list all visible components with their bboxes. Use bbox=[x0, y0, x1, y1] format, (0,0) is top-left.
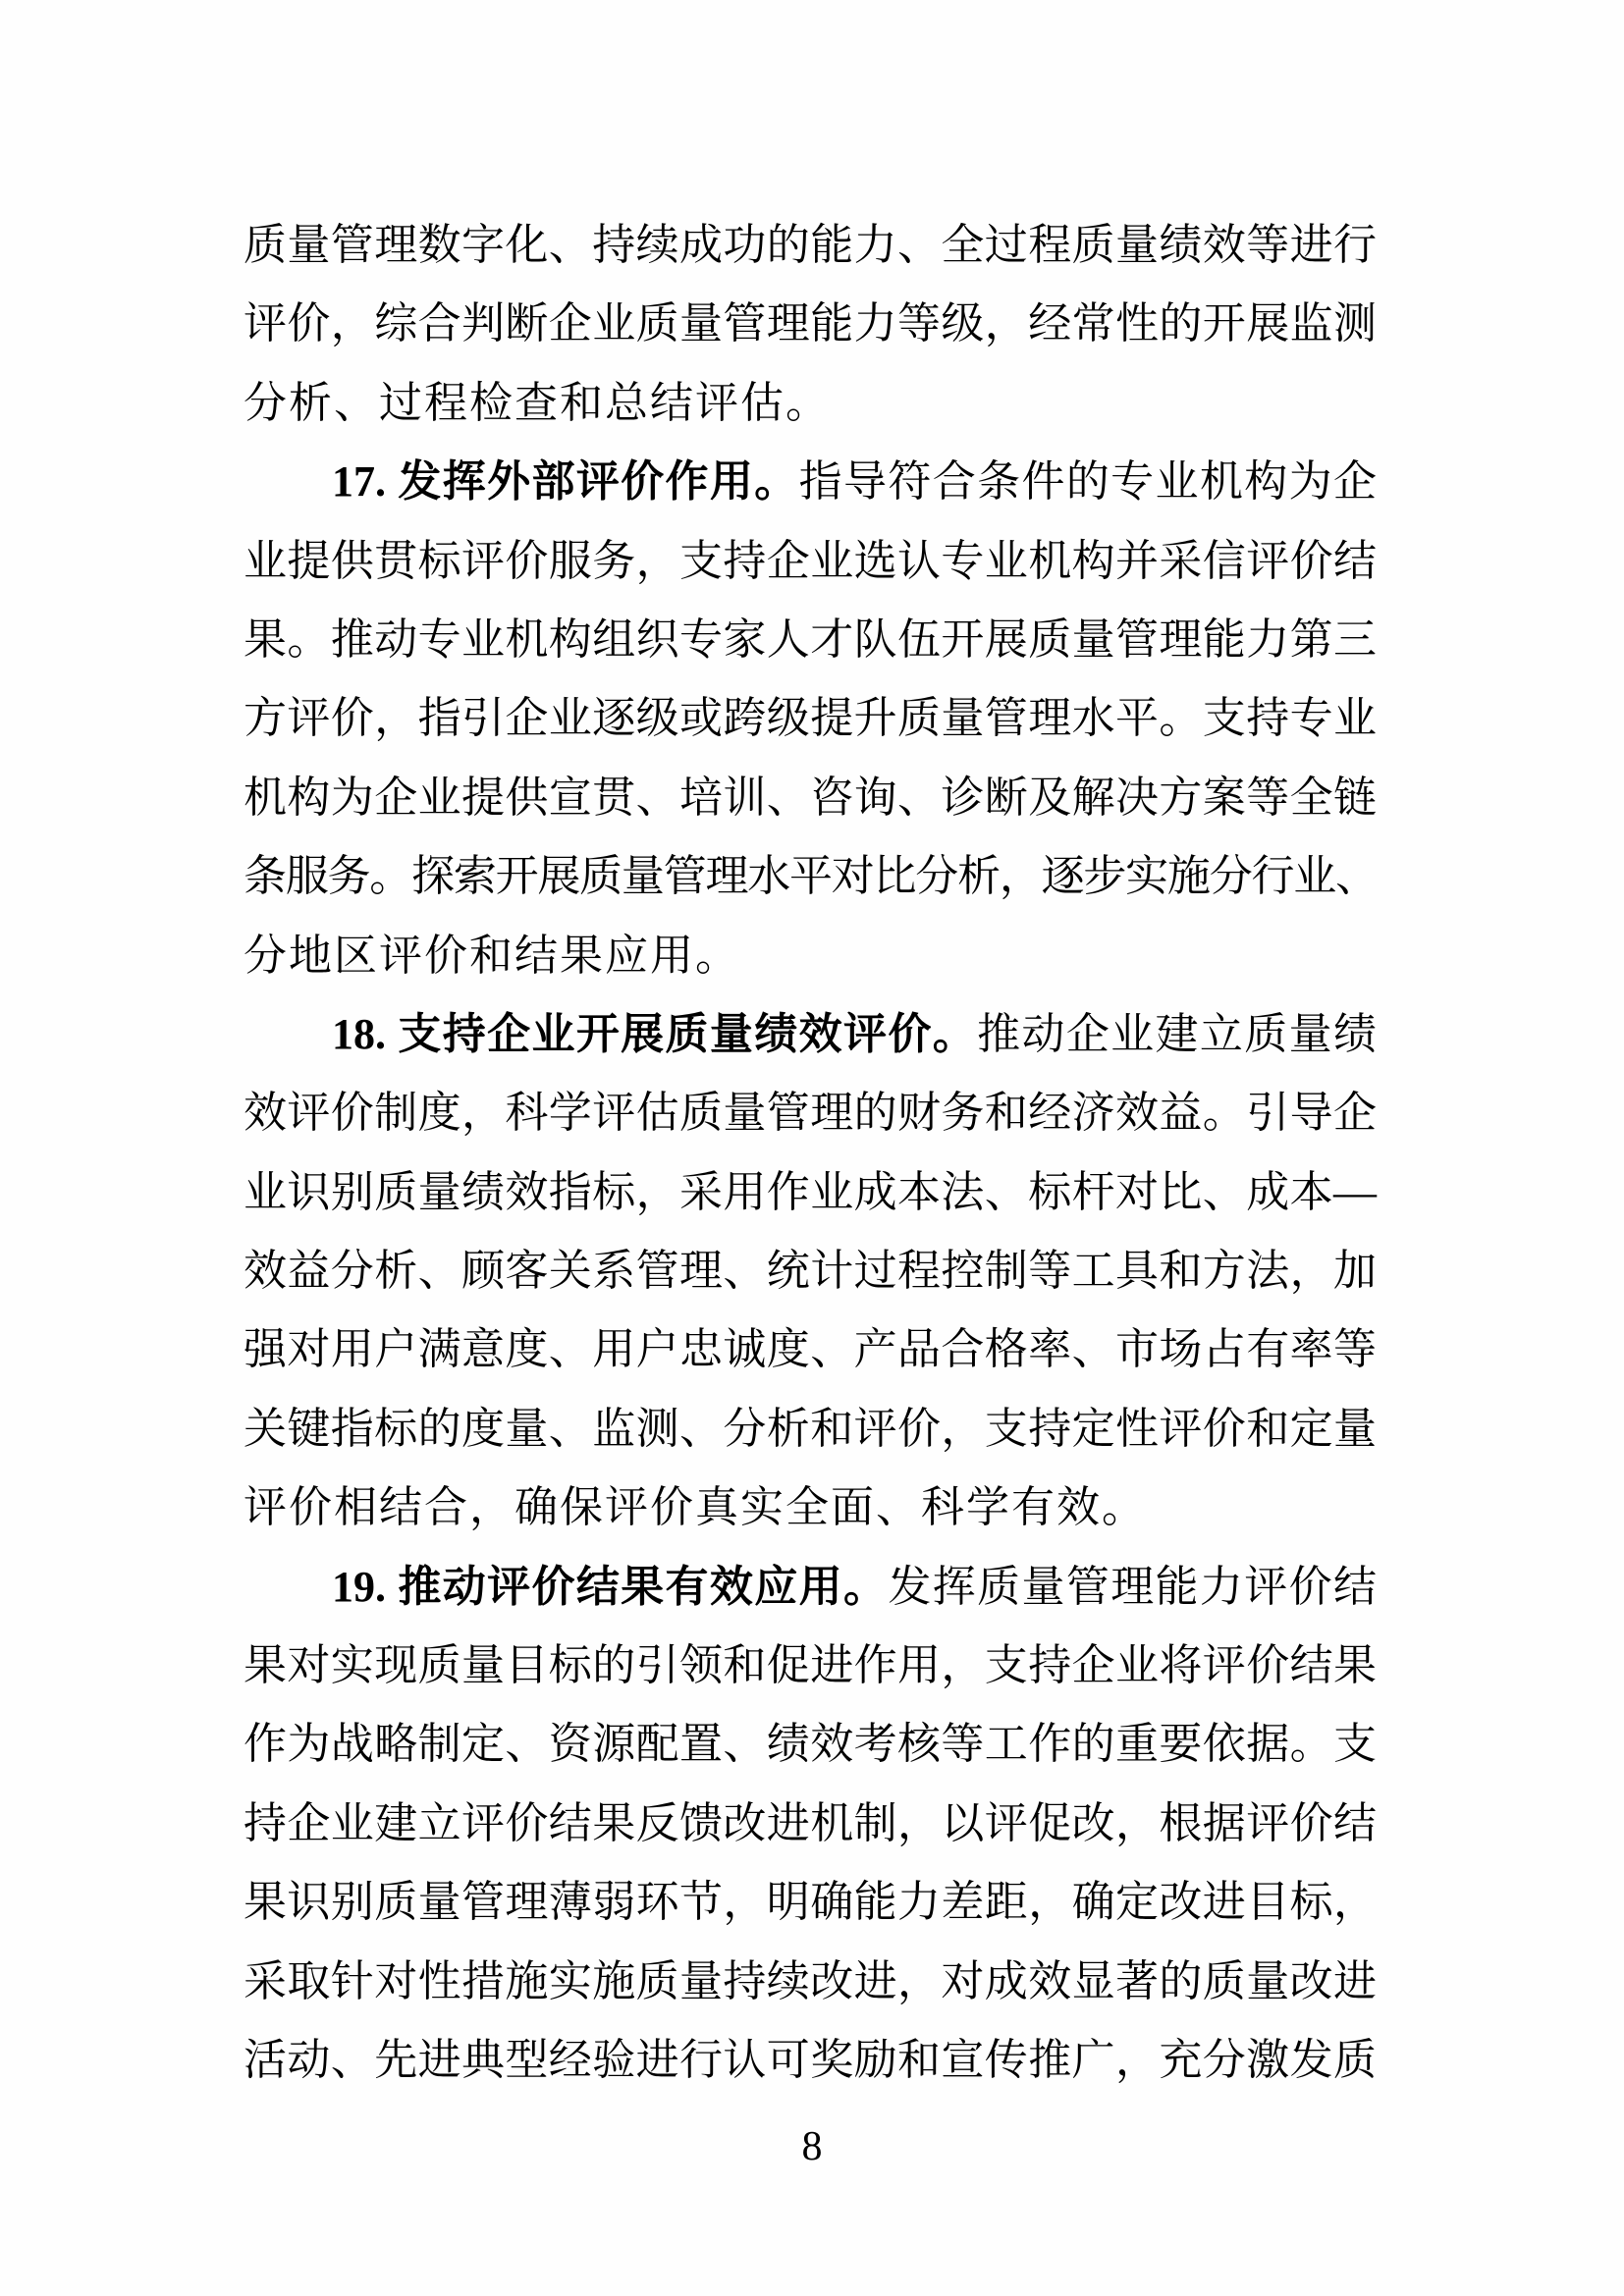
text-body: 质量管理数字化、持续成功的能力、全过程质量绩效等进行评价，综合判断企业质量管理能… bbox=[244, 206, 1377, 2100]
text-line-2: 评价，综合判断企业质量管理能力等级，经常性的开展监测 bbox=[244, 285, 1377, 363]
text-segment: 果识别质量管理薄弱环节，明确能力差距，确定改进目标， bbox=[244, 1878, 1377, 1926]
text-line-22: 果识别质量管理薄弱环节，明确能力差距，确定改进目标， bbox=[244, 1863, 1377, 1942]
text-line-12: 效评价制度，科学评估质量管理的财务和经济效益。引导企 bbox=[244, 1074, 1377, 1152]
text-line-11: 18. 支持企业开展质量绩效评价。推动企业建立质量绩 bbox=[244, 995, 1377, 1074]
paragraph-heading: 19. 推动评价结果有效应用。 bbox=[332, 1563, 888, 1611]
text-segment: 业识别质量绩效指标，采用作业成本法、标杆对比、成本— bbox=[244, 1168, 1377, 1216]
text-segment: 分地区评价和结果应用。 bbox=[244, 932, 740, 980]
text-segment: 果对实现质量目标的引领和促进作用，支持企业将评价结果 bbox=[244, 1641, 1377, 1689]
text-segment: 作为战略制定、资源配置、绩效考核等工作的重要依据。支 bbox=[244, 1720, 1377, 1768]
text-segment: 评价，综合判断企业质量管理能力等级，经常性的开展监测 bbox=[244, 299, 1377, 347]
text-segment: 效评价制度，科学评估质量管理的财务和经济效益。引导企 bbox=[244, 1089, 1377, 1137]
text-segment: 条服务。探索开展质量管理水平对比分析，逐步实施分行业、 bbox=[244, 852, 1377, 900]
text-segment: 持企业建立评价结果反馈改进机制，以评促改，根据评价结 bbox=[244, 1799, 1377, 1847]
document-page: 质量管理数字化、持续成功的能力、全过程质量绩效等进行评价，综合判断企业质量管理能… bbox=[0, 0, 1624, 2296]
text-segment: 方评价，指引企业逐级或跨级提升质量管理水平。支持专业 bbox=[244, 694, 1377, 742]
page-number: 8 bbox=[0, 2123, 1624, 2170]
text-line-4: 17. 发挥外部评价作用。指导符合条件的专业机构为企 bbox=[244, 443, 1377, 521]
text-line-13: 业识别质量绩效指标，采用作业成本法、标杆对比、成本— bbox=[244, 1153, 1377, 1232]
text-line-14: 效益分析、顾客关系管理、统计过程控制等工具和方法，加 bbox=[244, 1232, 1377, 1310]
text-segment: 关键指标的度量、监测、分析和评价，支持定性评价和定量 bbox=[244, 1405, 1377, 1453]
paragraph-heading: 17. 发挥外部评价作用。 bbox=[332, 457, 799, 506]
text-line-16: 关键指标的度量、监测、分析和评价，支持定性评价和定量 bbox=[244, 1390, 1377, 1468]
text-segment: 评价相结合，确保评价真实全面、科学有效。 bbox=[244, 1483, 1147, 1531]
text-line-7: 方评价，指引企业逐级或跨级提升质量管理水平。支持专业 bbox=[244, 679, 1377, 758]
text-line-17: 评价相结合，确保评价真实全面、科学有效。 bbox=[244, 1468, 1377, 1547]
text-segment: 业提供贯标评价服务，支持企业选认专业机构并采信评价结 bbox=[244, 537, 1377, 585]
text-segment: 效益分析、顾客关系管理、统计过程控制等工具和方法，加 bbox=[244, 1247, 1377, 1295]
text-segment: 活动、先进典型经验进行认可奖励和宣传推广，充分激发质 bbox=[244, 2036, 1377, 2084]
text-line-24: 活动、先进典型经验进行认可奖励和宣传推广，充分激发质 bbox=[244, 2021, 1377, 2100]
text-segment: 采取针对性措施实施质量持续改进，对成效显著的质量改进 bbox=[244, 1957, 1377, 2005]
text-line-9: 条服务。探索开展质量管理水平对比分析，逐步实施分行业、 bbox=[244, 837, 1377, 916]
text-line-5: 业提供贯标评价服务，支持企业选认专业机构并采信评价结 bbox=[244, 522, 1377, 601]
text-segment: 分析、过程检查和总结评估。 bbox=[244, 379, 831, 427]
text-line-18: 19. 推动评价结果有效应用。发挥质量管理能力评价结 bbox=[244, 1548, 1377, 1627]
text-line-20: 作为战略制定、资源配置、绩效考核等工作的重要依据。支 bbox=[244, 1705, 1377, 1784]
text-line-10: 分地区评价和结果应用。 bbox=[244, 917, 1377, 995]
text-segment: 推动企业建立质量绩 bbox=[977, 1010, 1377, 1058]
text-segment: 机构为企业提供宣贯、培训、咨询、诊断及解决方案等全链 bbox=[244, 774, 1377, 822]
text-line-8: 机构为企业提供宣贯、培训、咨询、诊断及解决方案等全链 bbox=[244, 759, 1377, 837]
text-segment: 强对用户满意度、用户忠诚度、产品合格率、市场占有率等 bbox=[244, 1325, 1377, 1373]
text-line-21: 持企业建立评价结果反馈改进机制，以评促改，根据评价结 bbox=[244, 1785, 1377, 1863]
text-segment: 发挥质量管理能力评价结 bbox=[888, 1563, 1377, 1611]
text-line-3: 分析、过程检查和总结评估。 bbox=[244, 364, 1377, 443]
text-segment: 果。推动专业机构组织专家人才队伍开展质量管理能力第三 bbox=[244, 615, 1377, 664]
text-line-15: 强对用户满意度、用户忠诚度、产品合格率、市场占有率等 bbox=[244, 1310, 1377, 1389]
text-line-19: 果对实现质量目标的引领和促进作用，支持企业将评价结果 bbox=[244, 1627, 1377, 1705]
text-line-6: 果。推动专业机构组织专家人才队伍开展质量管理能力第三 bbox=[244, 601, 1377, 679]
text-line-1: 质量管理数字化、持续成功的能力、全过程质量绩效等进行 bbox=[244, 206, 1377, 285]
text-line-23: 采取针对性措施实施质量持续改进，对成效显著的质量改进 bbox=[244, 1943, 1377, 2021]
text-segment: 指导符合条件的专业机构为企 bbox=[799, 457, 1377, 506]
paragraph-heading: 18. 支持企业开展质量绩效评价。 bbox=[332, 1010, 977, 1058]
text-segment: 质量管理数字化、持续成功的能力、全过程质量绩效等进行 bbox=[244, 221, 1377, 269]
